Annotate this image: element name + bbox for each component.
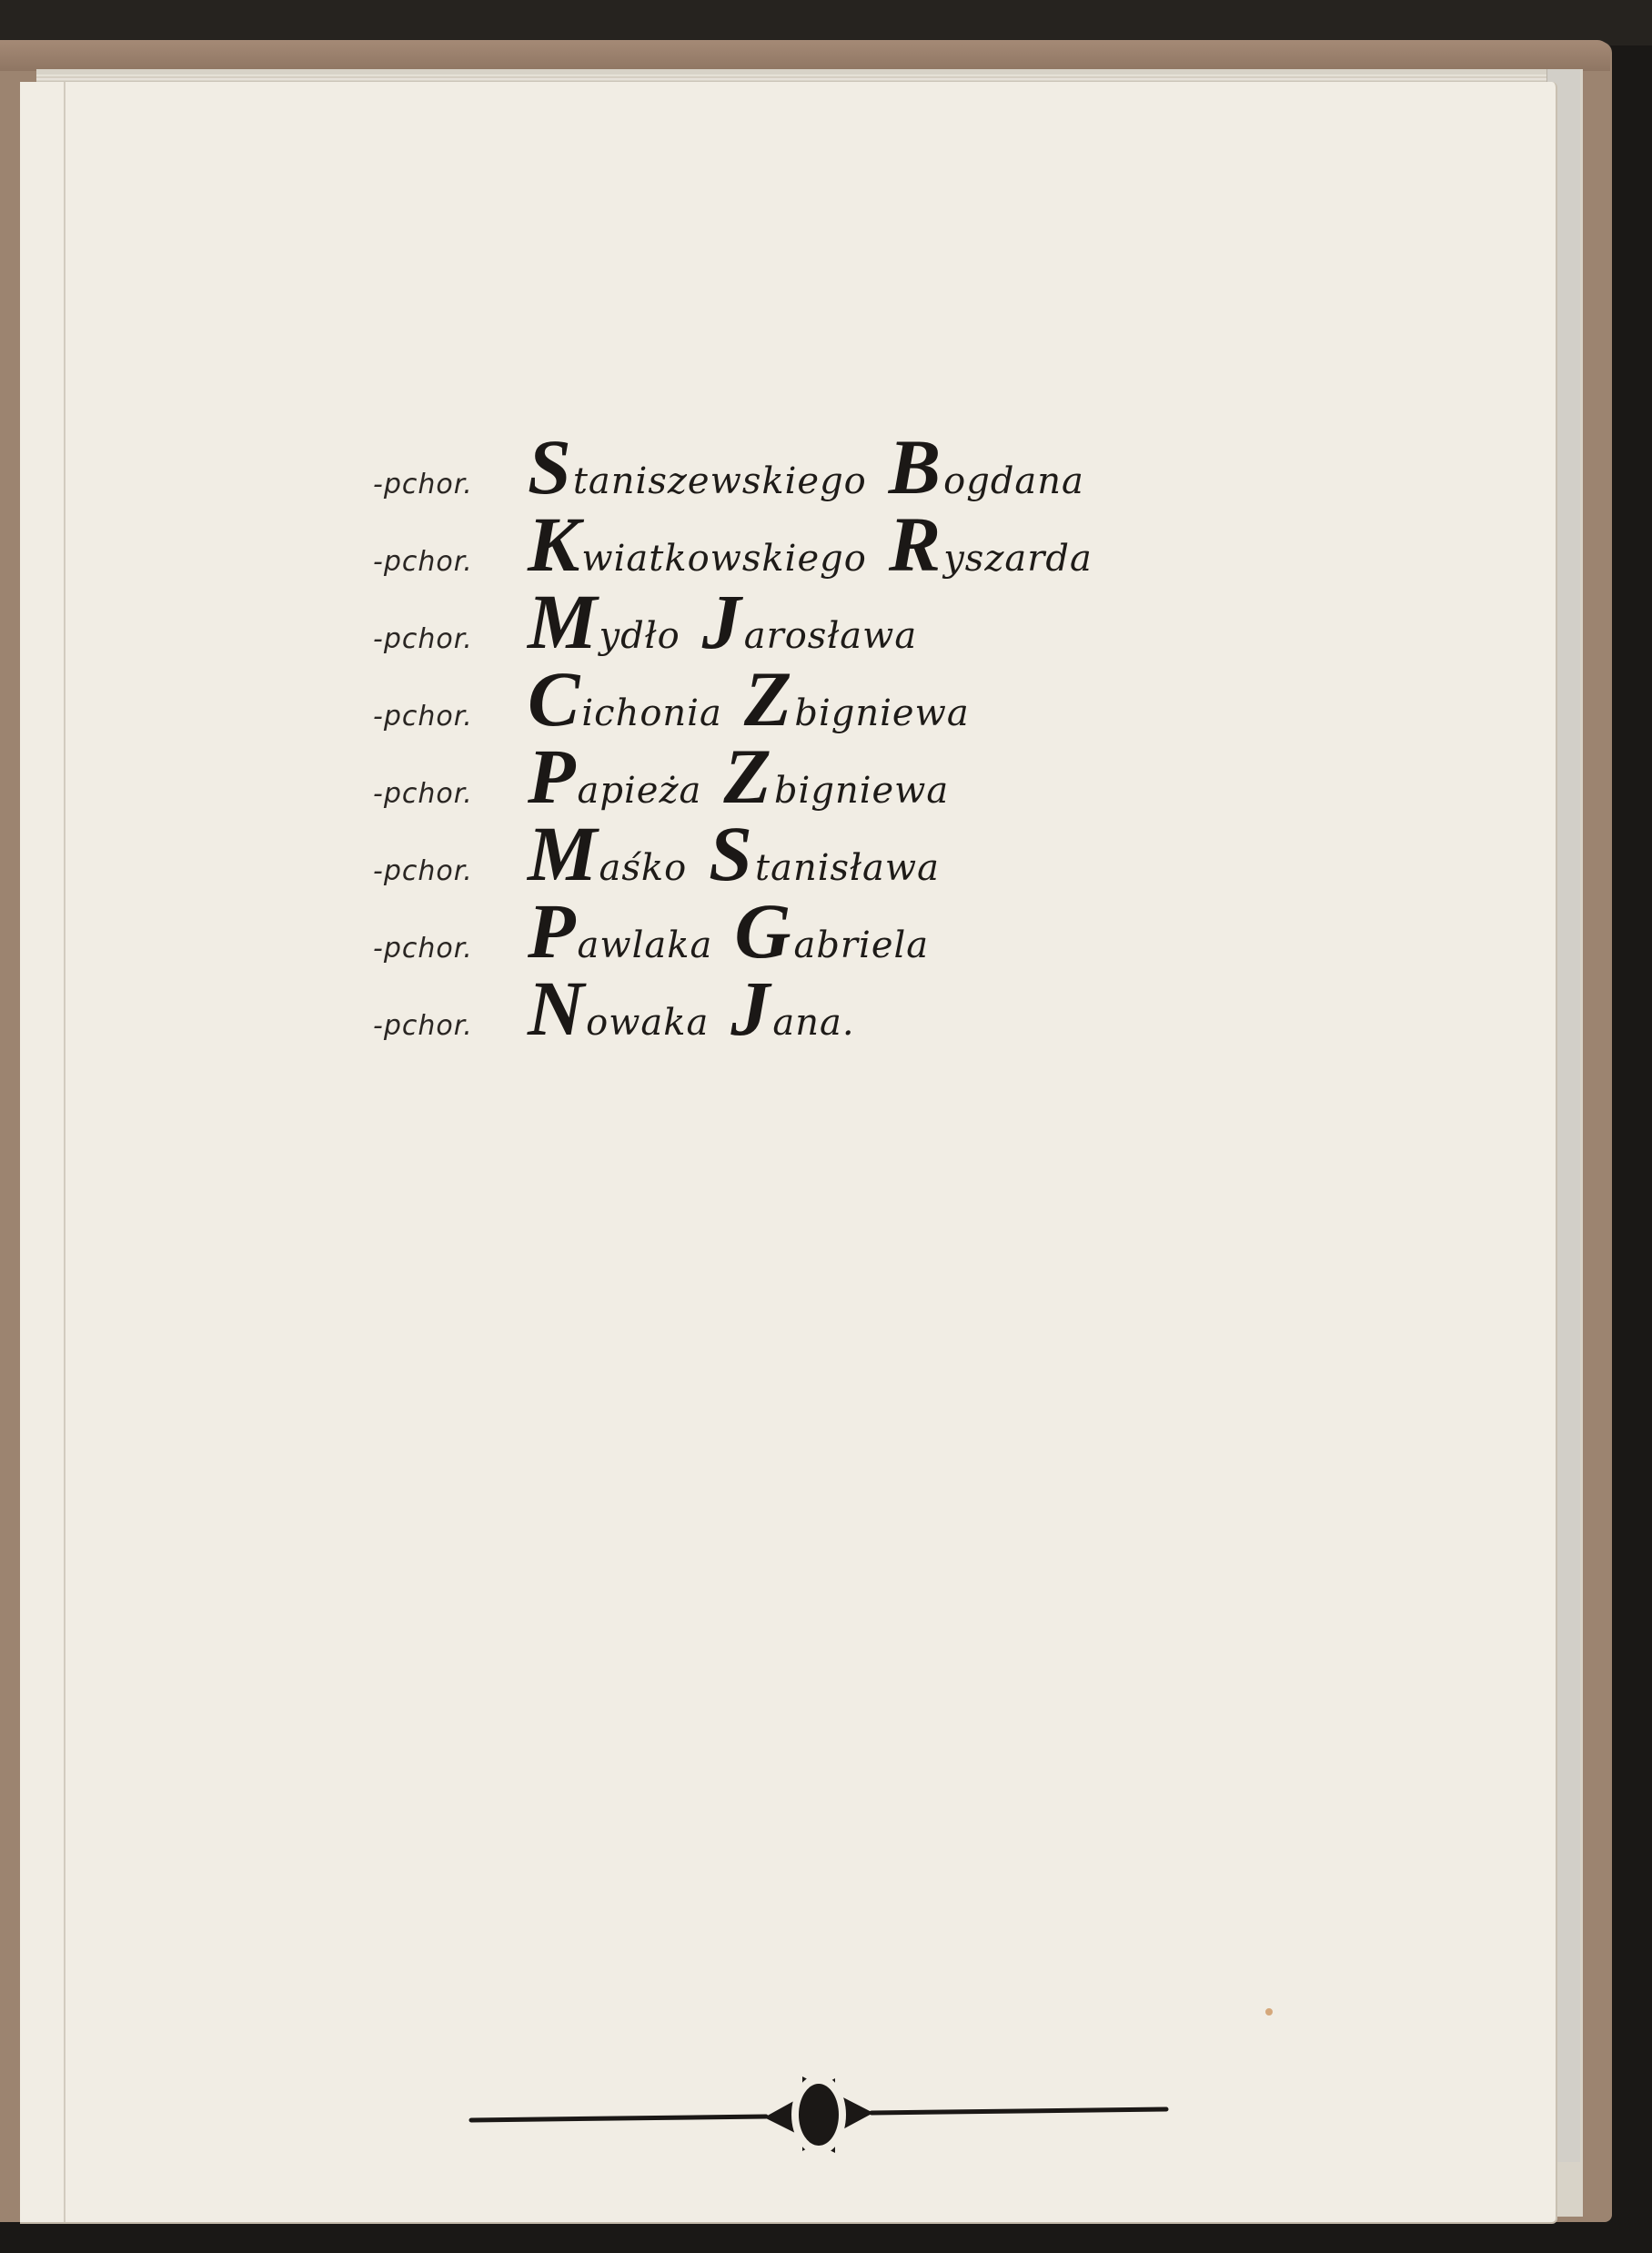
name-entry: -pchor. Cichonia Zbigniewa (373, 660, 1192, 732)
firstname-initial: G (734, 892, 791, 970)
name-entry: -pchor. Maśko Stanisława (373, 814, 1192, 887)
page-top-edge (36, 75, 1546, 82)
rank-label: -pchor. (373, 855, 528, 887)
surname-initial: P (528, 737, 576, 815)
book-cover-top-edge (0, 40, 1610, 71)
firstname-initial: R (889, 505, 942, 583)
firstname-initial: J (730, 969, 771, 1047)
scan-backdrop (0, 0, 1652, 45)
name-entry: -pchor. Mydło Jarosława (373, 582, 1192, 655)
rank-label: -pchor. (373, 701, 528, 732)
name-entry: -pchor. Papieża Zbigniewa (373, 737, 1192, 810)
firstname-initial: Z (723, 737, 772, 815)
firstname: yszarda (943, 538, 1093, 580)
rank-label: -pchor. (373, 1010, 528, 1042)
surname-initial: K (528, 505, 579, 583)
rank-label: -pchor. (373, 623, 528, 655)
surname: apieża (578, 770, 702, 812)
firstname: arosława (744, 615, 917, 657)
firstname: bigniewa (774, 770, 949, 812)
surname-initial: M (528, 814, 597, 893)
rank-label: -pchor. (373, 469, 528, 500)
firstname-initial: Z (744, 660, 793, 738)
rank-label: -pchor. (373, 933, 528, 965)
rank-label: -pchor. (373, 546, 528, 578)
name-entry: -pchor. Nowaka Jana. (373, 969, 1192, 1042)
surname-initial: C (528, 660, 579, 738)
firstname: ana. (772, 1002, 854, 1044)
name-list: -pchor. Staniszewskiego Bogdana -pchor. … (373, 428, 1192, 1046)
surname: taniszewskiego (573, 460, 867, 502)
surname: ydło (599, 615, 680, 657)
surname: aśko (599, 847, 687, 889)
document-page (20, 82, 1557, 2224)
name-entry: -pchor. Kwiatkowskiego Ryszarda (373, 505, 1192, 578)
name-entry: -pchor. Staniszewskiego Bogdana (373, 428, 1192, 500)
gutter-line (64, 82, 65, 2222)
surname-initial: N (528, 969, 584, 1047)
firstname: abriela (793, 924, 929, 966)
surname: awlaka (578, 924, 713, 966)
surname: owaka (586, 1002, 709, 1044)
firstname-initial: J (702, 582, 742, 661)
firstname: bigniewa (794, 692, 969, 734)
surname-initial: M (528, 582, 597, 661)
firstname-initial: B (889, 428, 942, 506)
firstname: ogdana (943, 460, 1084, 502)
surname: wiatkowskiego (581, 538, 866, 580)
surname: ichonia (581, 692, 721, 734)
paper-stain (1265, 2008, 1273, 2016)
rank-label: -pchor. (373, 778, 528, 810)
firstname-initial: S (709, 814, 753, 893)
name-entry: -pchor. Pawlaka Gabriela (373, 892, 1192, 965)
firstname: tanisława (755, 847, 940, 889)
ornament-divider-icon (464, 2066, 1174, 2157)
surname-initial: S (528, 428, 571, 506)
surname-initial: P (528, 892, 576, 970)
